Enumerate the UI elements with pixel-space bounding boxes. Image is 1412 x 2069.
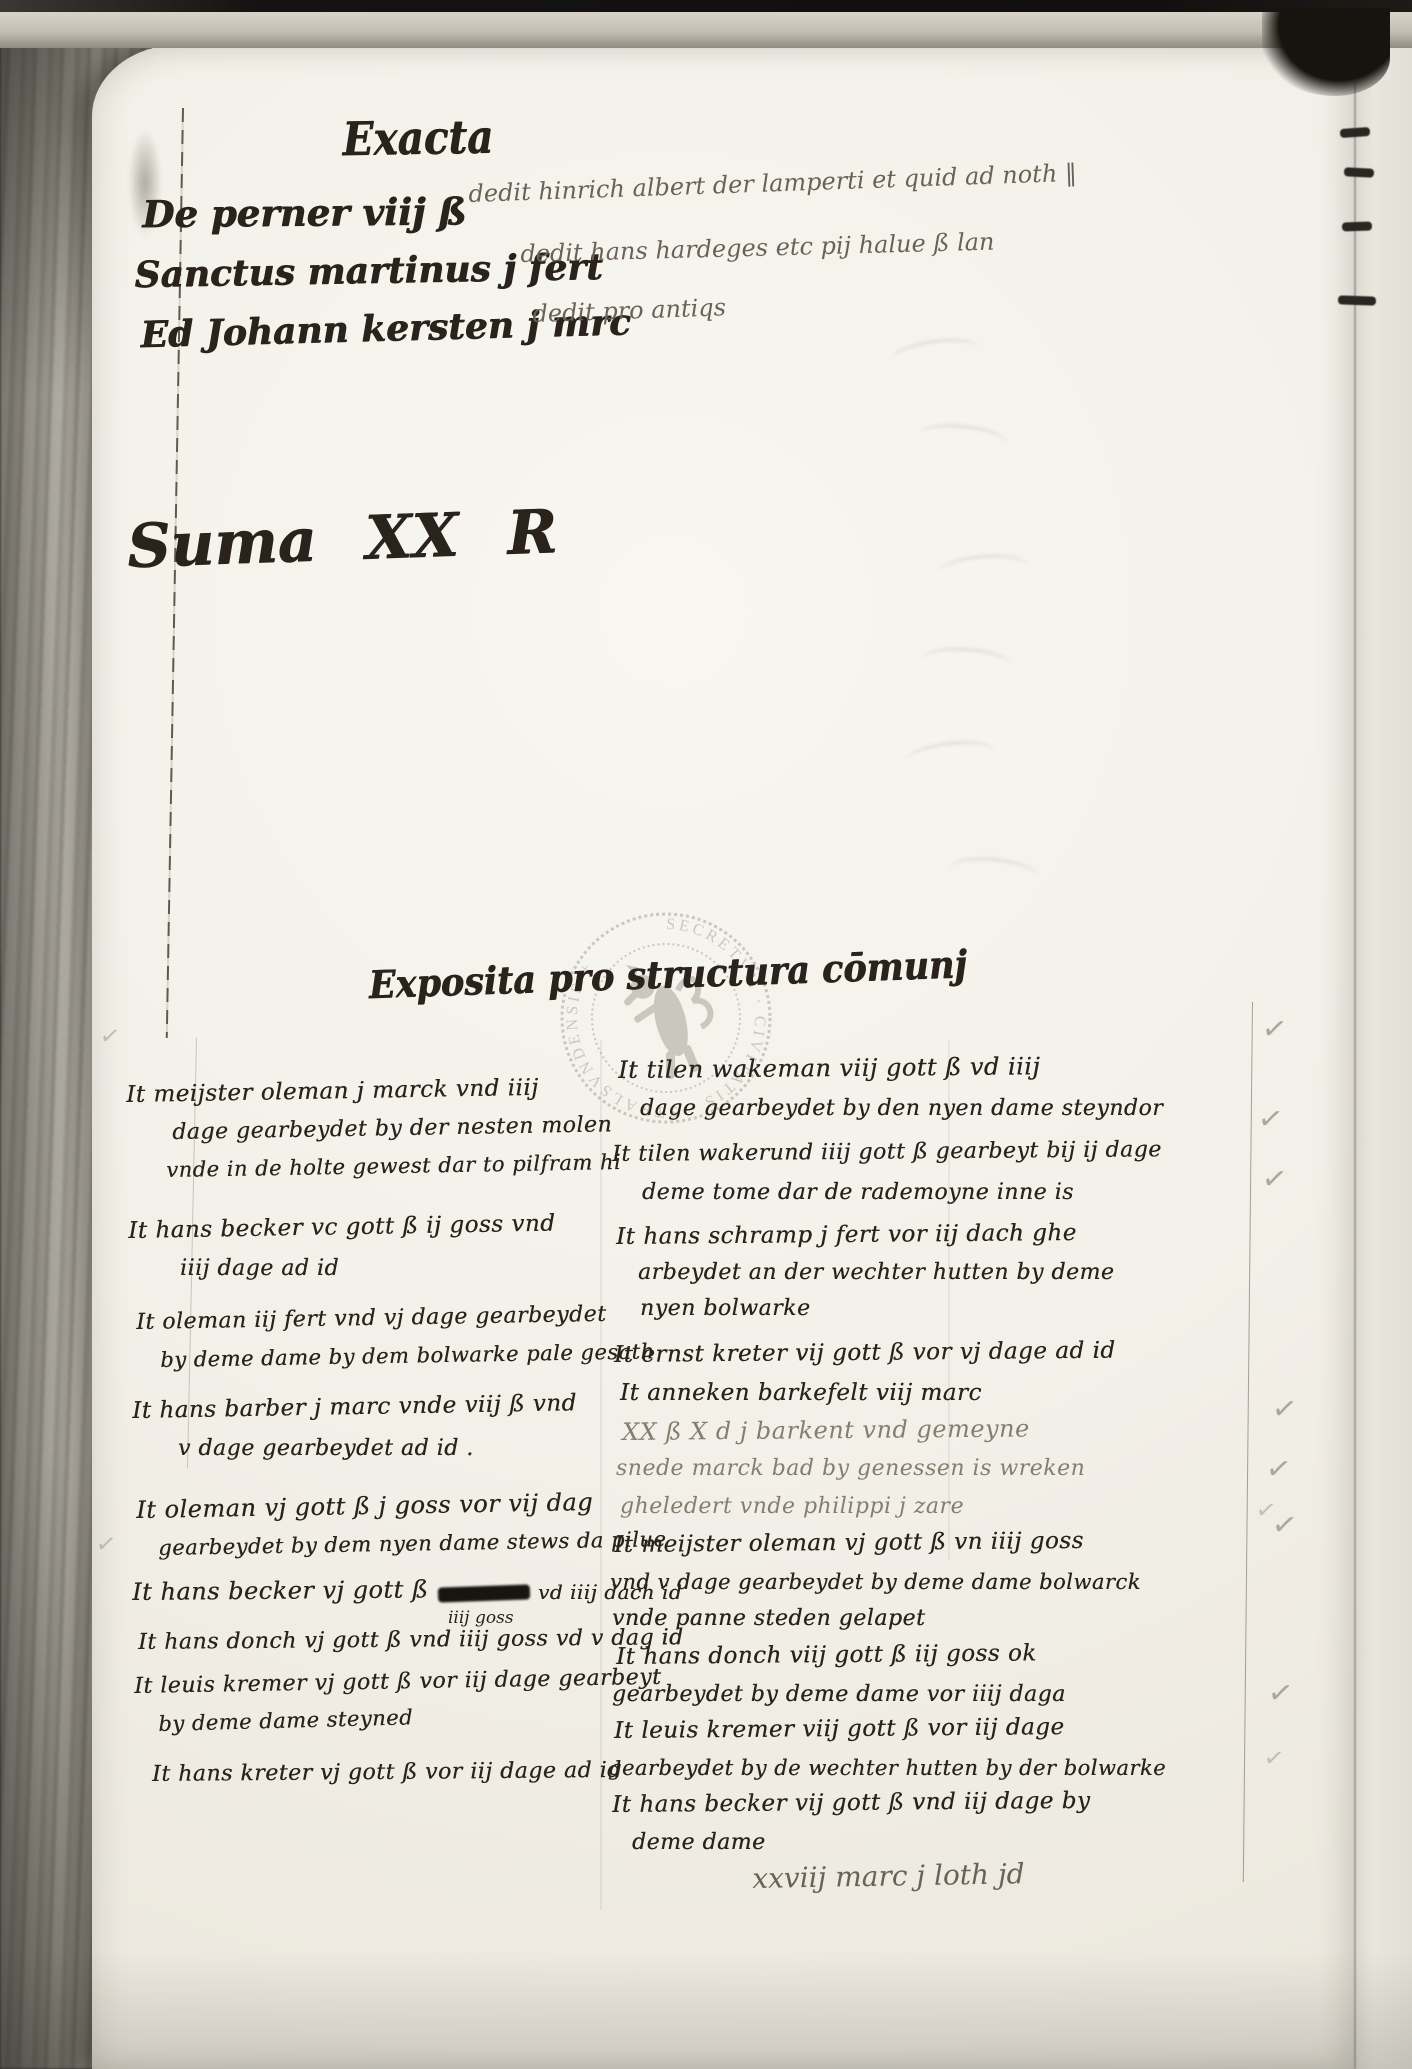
ledger-line: v dage gearbeydet ad id .: [178, 1436, 474, 1461]
ledger-line: It hans donch vj gott ß vnd iiij goss vd…: [138, 1625, 684, 1655]
ledger-line: It anneken barkefelt viij marc: [620, 1380, 982, 1406]
ledger-line: It hans kreter vj gott ß vor iij dage ad…: [152, 1758, 622, 1787]
ledger-line: arbeydet an der wechter hutten by deme: [638, 1260, 1114, 1285]
binding-stitch: [1342, 221, 1372, 231]
ledger-line: It ernst kreter vij gott ß vor vj dage a…: [614, 1338, 1116, 1368]
ledger-line: It tilen wakerund iiij gott ß gearbeyt b…: [612, 1137, 1162, 1167]
ledger-line: vnde panne steden gelapet: [612, 1606, 925, 1631]
ledger-line: dage gearbeydet by den nyen dame steyndo…: [640, 1096, 1163, 1121]
ledger-line: gearbeydet by deme dame vor iiij daga: [612, 1682, 1066, 1707]
ledger-line: It hans becker vij gott ß vnd iij dage b…: [612, 1788, 1091, 1818]
account-entry-main: De perner viij ß: [142, 189, 467, 236]
ledger-line: gearbeydet by de wechter hutten by der b…: [608, 1756, 1166, 1780]
ledger-line-faded: XX ß X d j barkent vnd gemeyne: [622, 1414, 1030, 1446]
binding-stitch: [1338, 295, 1376, 305]
ledger-line: deme dame: [632, 1830, 766, 1855]
column-total-line: xxviij marc j loth jd: [752, 1857, 1025, 1895]
ledger-line: It leuis kremer viij gott ß vor iij dage: [614, 1714, 1065, 1744]
ledger-line: It meijster oleman vj gott ß vn iiij gos…: [614, 1528, 1084, 1558]
ledger-line: It hans schramp j fert vor iij dach ghe: [616, 1220, 1077, 1250]
bottom-shadow: [0, 1950, 1412, 2069]
ledger-line: It hans donch viij gott ß iij goss ok: [616, 1640, 1037, 1670]
ledger-line-faded: gheledert vnde philippi j zare: [620, 1494, 964, 1519]
ledger-line: deme tome dar de rademoyne inne is: [642, 1180, 1074, 1205]
binding-stitch: [1344, 167, 1374, 178]
ink-blot: [438, 1584, 530, 1602]
ledger-line: iiij dage ad id: [180, 1256, 339, 1281]
gutter-crease: [1354, 58, 1356, 2069]
ledger-line-faded: snede marck bad by genessen is wreken: [616, 1456, 1085, 1481]
interlinear-correction: iiij goss: [448, 1608, 514, 1628]
next-page-edge: [1348, 30, 1412, 2069]
ledger-line: nyen bolwarke: [640, 1296, 810, 1321]
ledger-line: vnd v dage gearbeydet by deme dame bolwa…: [610, 1570, 1141, 1594]
suma-total-line: Suma XX R: [126, 497, 558, 582]
ledger-line: It tilen wakeman viij gott ß vd iiij: [618, 1052, 1040, 1084]
manuscript-scan: SECRETVM · CIVITATIS · STRALSVNDENSIS + …: [0, 0, 1412, 2069]
ledger-line: It hans becker vj gott ß: [132, 1575, 428, 1606]
book-top-edge: [0, 12, 1412, 48]
page-heading: Exacta: [342, 109, 494, 166]
